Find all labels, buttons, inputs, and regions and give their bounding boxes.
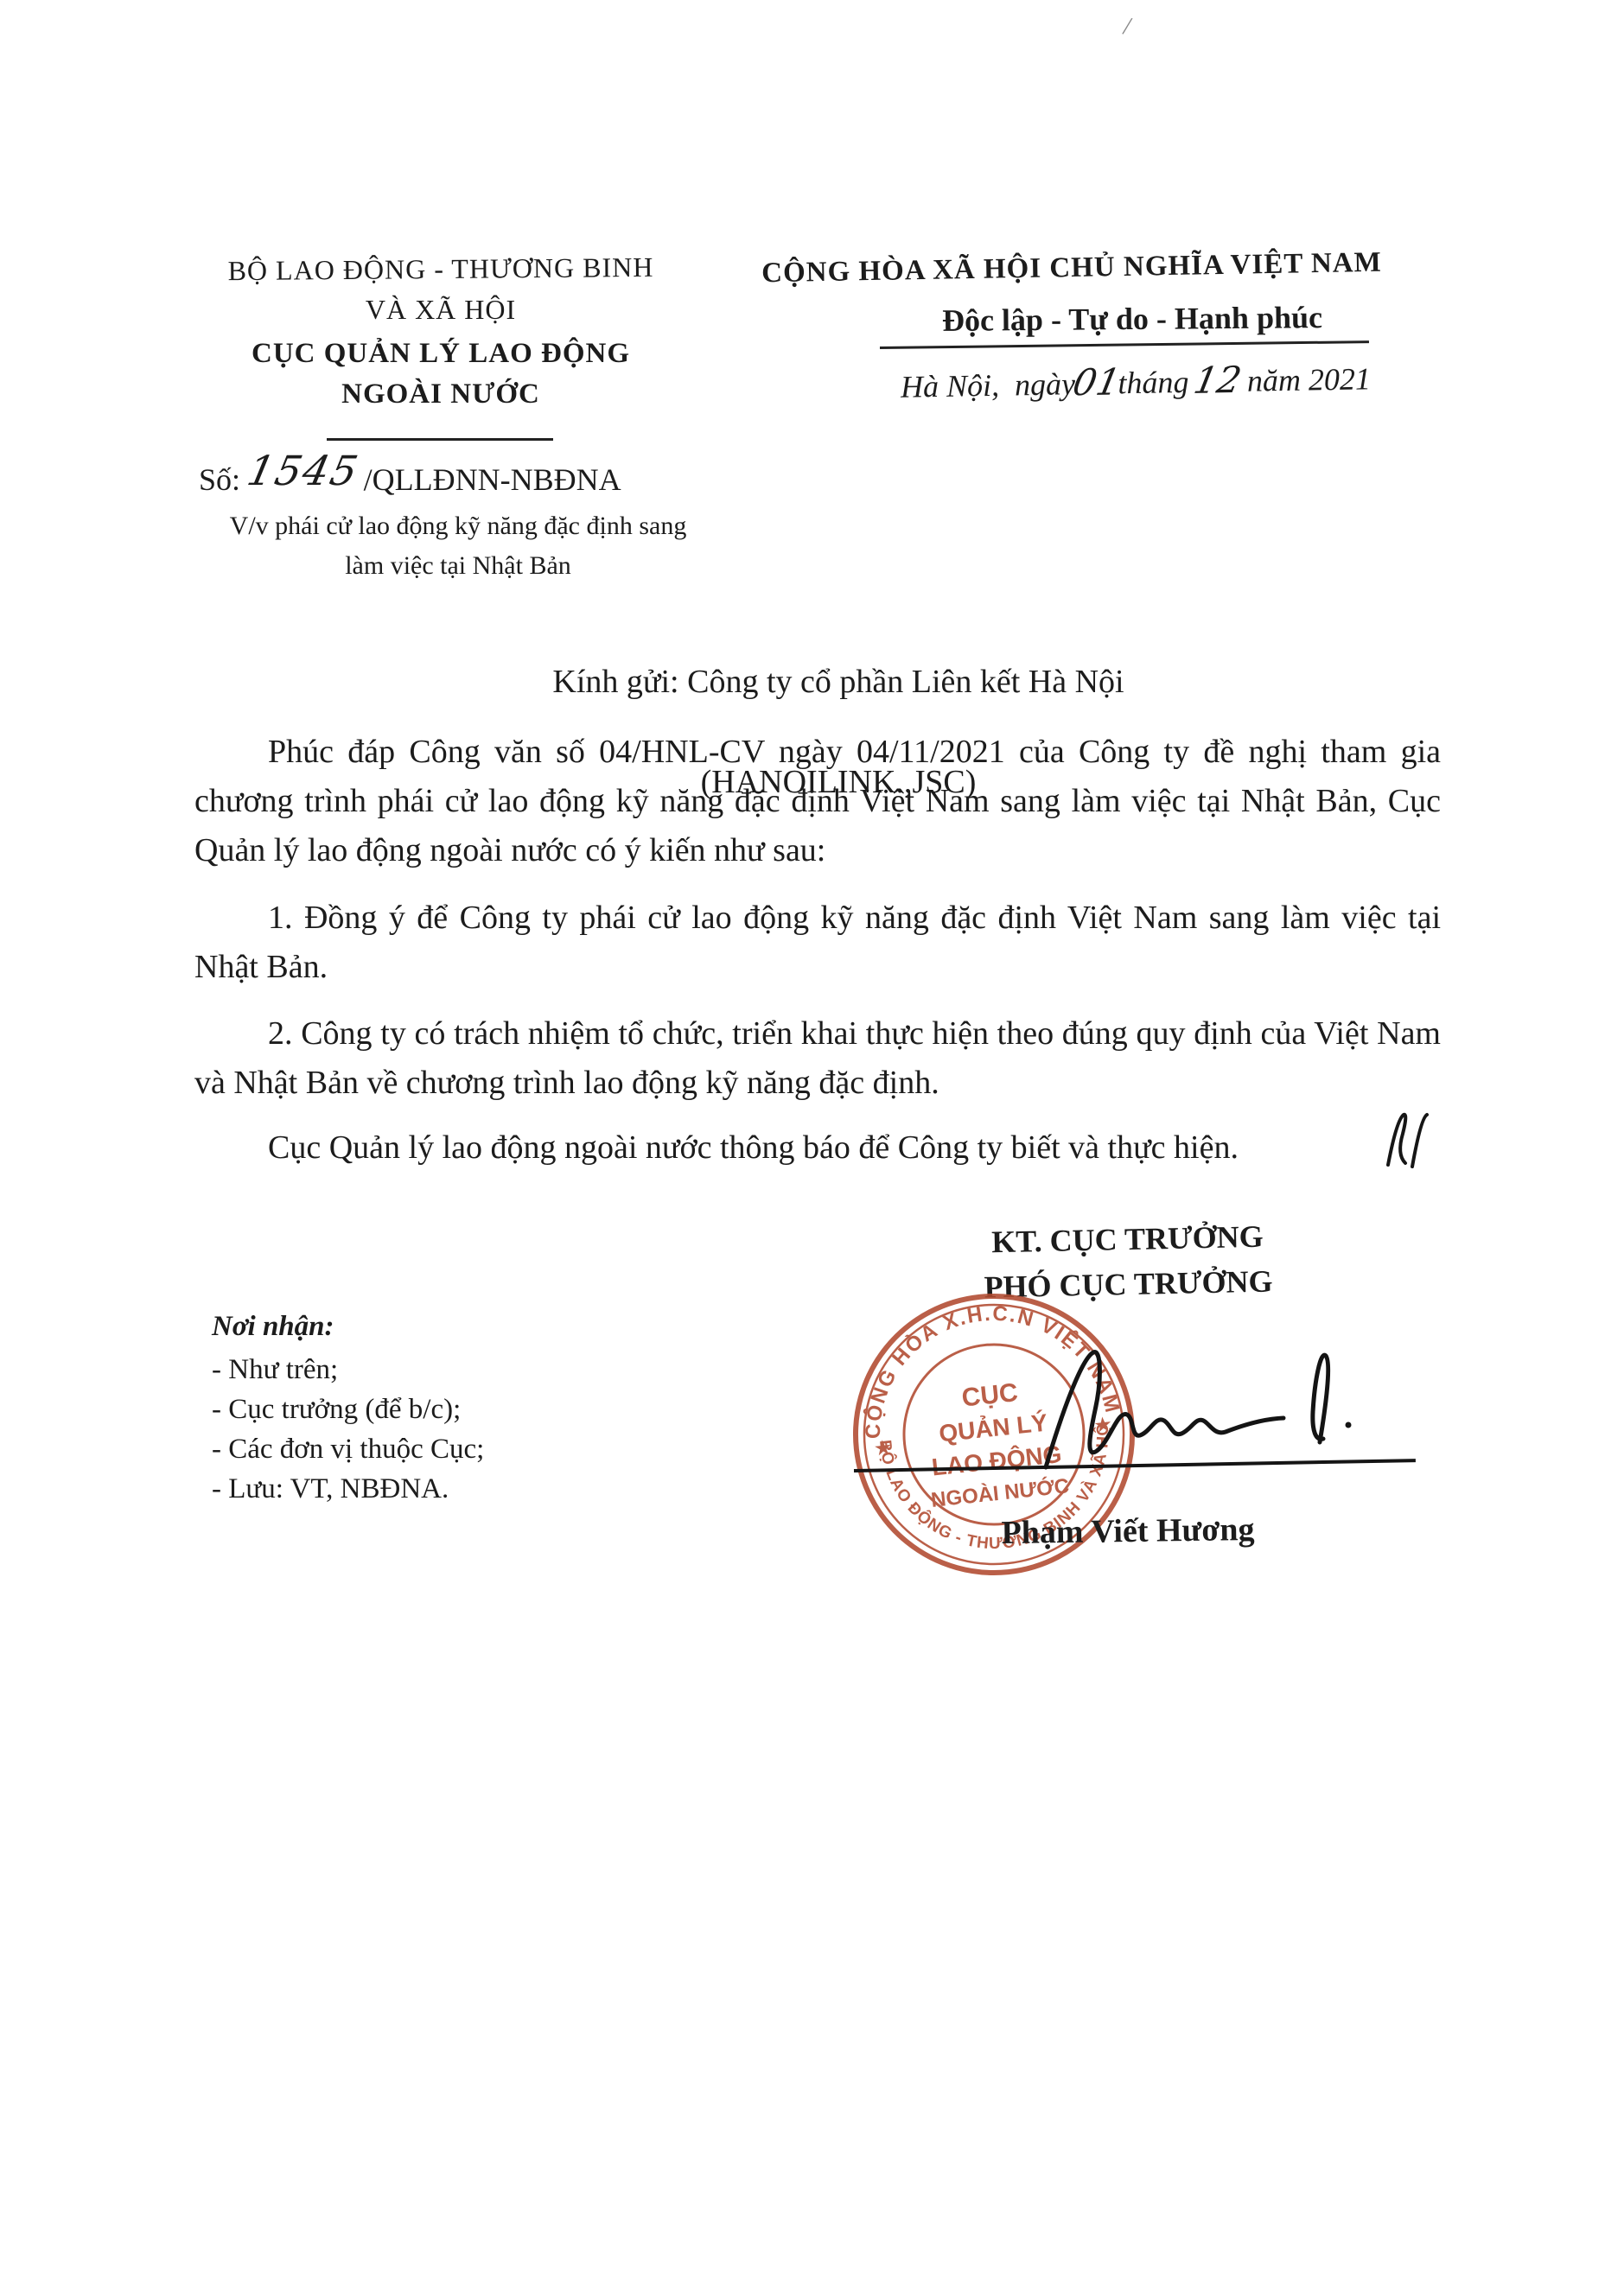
handwritten-initials-mark	[1379, 1108, 1440, 1177]
handwritten-month: 12	[1191, 362, 1245, 399]
date-prefix: Hà Nội, ngày	[901, 366, 1076, 404]
subject-block: V/v phái cử lao động kỹ năng đặc định sa…	[173, 506, 743, 586]
subject-line1: V/v phái cử lao động kỹ năng đặc định sa…	[173, 506, 743, 546]
handwritten-doc-number: 1545	[244, 451, 363, 492]
body-paragraph-2: 1. Đồng ý để Công ty phái cử lao động kỹ…	[194, 894, 1441, 992]
issuing-agency-block: BỘ LAO ĐỘNG - THƯƠNG BINH VÀ XÃ HỘI CỤC …	[138, 249, 743, 415]
distribution-list: Nơi nhận: - Như trên; - Cục trưởng (để b…	[212, 1307, 484, 1509]
handwritten-signature	[975, 1329, 1390, 1480]
ministry-name-line2: VÀ XÃ HỘI	[138, 289, 743, 330]
department-name-line2: NGOÀI NƯỚC	[138, 374, 743, 415]
document-number-line: Số: 1545/QLLĐNN-NBĐNA	[199, 456, 621, 498]
number-label: Số:	[199, 462, 248, 497]
recipient-line1: Kính gửi: Công ty cổ phần Liên kết Hà Nộ…	[216, 657, 1461, 707]
body-paragraph-3: 2. Công ty có trách nhiệm tổ chức, triển…	[194, 1009, 1441, 1108]
subject-line2: làm việc tại Nhật Bản	[173, 546, 743, 586]
signer-name: Phạm Viết Hương	[946, 1510, 1310, 1553]
national-motto: Độc lập - Tự do - Hạnh phúc	[882, 298, 1383, 339]
body-closing-paragraph: Cục Quản lý lao động ngoài nước thông bá…	[194, 1123, 1456, 1173]
date-mid: tháng	[1118, 365, 1197, 401]
date-suffix: năm 2021	[1247, 361, 1372, 398]
scanned-official-letter: / BỘ LAO ĐỘNG - THƯƠNG BINH VÀ XÃ HỘI CỤ…	[0, 0, 1624, 2296]
body-paragraph-1: Phúc đáp Công văn số 04/HNL-CV ngày 04/1…	[194, 728, 1441, 875]
ministry-name-line1: BỘ LAO ĐỘNG - THƯƠNG BINH	[138, 246, 743, 292]
place-and-date-line: Hà Nội, ngày01tháng 12 năm 2021	[901, 359, 1372, 404]
department-name-line1: CỤC QUẢN LÝ LAO ĐỘNG	[138, 334, 743, 374]
department-underline	[327, 438, 553, 441]
distribution-item: - Như trên;	[212, 1350, 484, 1390]
distribution-label: Nơi nhận:	[212, 1307, 484, 1346]
scan-artifact-mark: /	[1121, 12, 1134, 42]
distribution-item: - Cục trưởng (để b/c);	[212, 1390, 484, 1429]
distribution-item: - Lưu: VT, NBĐNA.	[212, 1469, 484, 1509]
motto-underline	[880, 340, 1369, 349]
distribution-item: - Các đơn vị thuộc Cục;	[212, 1429, 484, 1469]
handwritten-day: 01	[1070, 364, 1124, 401]
stamp-star-left-icon: ★	[873, 1436, 894, 1460]
doc-code: /QLLĐNN-NBĐNA	[364, 462, 621, 497]
national-title: CỘNG HÒA XÃ HỘI CHỦ NGHĨA VIỆT NAM	[691, 245, 1453, 290]
